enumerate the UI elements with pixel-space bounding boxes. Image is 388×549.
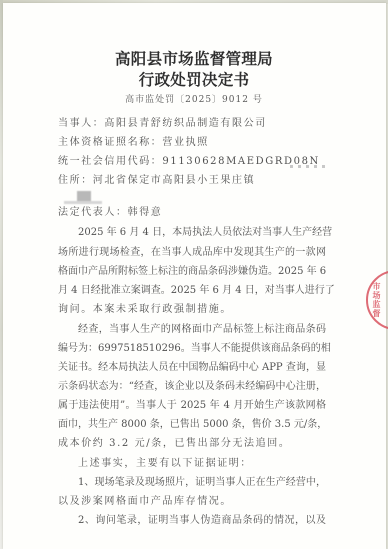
seal-text: 市场监督: [372, 282, 383, 318]
body-line: 成本价约 3.2 元/条，已售出部分无法追回。: [58, 437, 290, 451]
redaction-mark-underline: [64, 201, 102, 204]
evidence-item: 以及涉案网格面巾产品库存情况。: [58, 495, 232, 509]
body-line: 场所进行现场检查，在当事人成品库中发现其生产的一款网: [58, 246, 326, 260]
evidence-item: 2、询问笔录，证明当事人伪造商品条码的情况，以及: [78, 514, 326, 528]
address: 住所：河北省保定市高阳县小王果庄镇: [58, 174, 255, 188]
body-line: 月 4 日经批准立案调查。2025 年 6 月 4 日，对当事人进行了: [58, 284, 326, 298]
evidence-item: 1、现场笔录及现场照片，证明当事人正在生产经营中，: [78, 476, 326, 490]
body-line: 面巾，共生产 8000 条，已售出 5000 条，售价 3.5 元/条，: [58, 418, 326, 432]
license-type: 主体资格证照名称：营业执照: [58, 136, 209, 150]
legal-representative: 法定代表人：韩得意: [58, 206, 162, 220]
body-line: 属于违法使用”。当事人于 2025 年 4 月开始生产该款网格: [58, 399, 326, 413]
body-line: 编号为：6997518510296。当事人不能提供该商品条码的相: [58, 342, 326, 356]
document-title: 行政处罚决定书: [0, 68, 388, 90]
document-number: 高市监处罚〔2025〕9012 号: [0, 92, 388, 105]
body-line: 示条码状态为：“经查，该企业以及条码未经编码中心注册，: [58, 380, 326, 394]
evidence-heading: 上述事实，主要有以下证据证明：: [78, 457, 252, 471]
body-line: 格面巾产品所附标签上标注的商品条码涉嫌伪造。2025 年 6: [58, 265, 326, 279]
body-line: 关证书。经本局执法人员在中国物品编码中心 APP 查询，显: [58, 361, 326, 375]
body-line: 经查，当事人生产的网格面巾产品标签上标注商品条码: [78, 323, 326, 337]
credit-code: 统一社会信用代码：91130628MAEDGRD08N: [58, 155, 320, 169]
party-name: 当事人：高阳县青舒纺织品制造有限公司: [58, 117, 267, 131]
body-line: 询问。本案未采取行政强制措施。: [58, 303, 232, 317]
body-line: 2025 年 6 月 4 日，本局执法人员依法对当事人生产经营: [78, 226, 326, 240]
address-redaction: [290, 165, 326, 168]
issuing-authority-title: 高阳县市场监督管理局: [0, 47, 388, 69]
